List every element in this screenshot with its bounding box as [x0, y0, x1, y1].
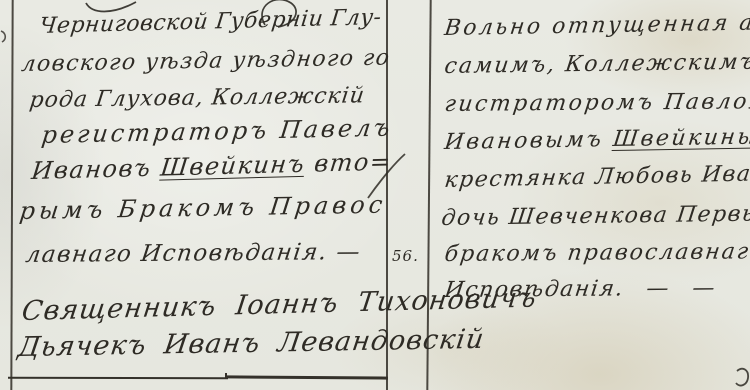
left-edge-partial-mark — [1, 31, 5, 42]
entry-line: Ивановымъ Швейкинымъ — [443, 124, 750, 155]
entry-line: самимъ, Коллежскимъ ре — [443, 49, 750, 79]
entry-line: Черниговской Губерніи Глу- — [38, 5, 383, 39]
entry-line: дочь Шевченкова Первымъ — [440, 201, 750, 231]
entry-line: ловского уѣзда уѣздного го — [20, 46, 392, 78]
entry-line: Исповѣданія. — — — [443, 276, 718, 304]
table-rule-row-bottom-left — [8, 377, 228, 380]
entry-line: крестянка Любовь Иванов — [443, 161, 750, 194]
entry-line: Вольно отпущенная ам — [443, 10, 750, 41]
entry-line-text: Ивановымъ — [443, 127, 615, 155]
table-rule-row-bottom-right — [226, 375, 388, 379]
table-rule-junction-tick — [225, 373, 227, 379]
entry-line-text: вто= — [304, 147, 394, 177]
entry-line: регистраторъ Павелъ — [40, 115, 394, 150]
previous-row-stroke — [86, 2, 136, 12]
clerk-signature: Дьячекъ Иванъ Левандовскій — [16, 324, 486, 363]
entry-line: гистраторомъ Павломъ — [443, 89, 750, 117]
underlined-surname: Швейкинъ — [159, 150, 307, 182]
entry-line: бракомъ православнаго — [443, 239, 750, 267]
entry-line: рымъ Бракомъ Правос — [18, 192, 388, 226]
entry-number: 56. — [392, 248, 419, 265]
table-rule-left — [10, 0, 13, 390]
entry-line: лавнаго Исповѣданія. — — [24, 239, 363, 268]
entry-line: рода Глухова, Коллежскій — [28, 83, 366, 113]
underlined-surname: Швейкинымъ — [611, 124, 750, 152]
bottom-right-partial-mark — [736, 369, 748, 386]
register-scan-page: Черниговской Губерніи Глу- ловского уѣзд… — [0, 0, 750, 390]
entry-line: Ивановъ Швейкинъ вто= — [30, 148, 393, 185]
entry-line-text: Ивановъ — [30, 154, 162, 185]
